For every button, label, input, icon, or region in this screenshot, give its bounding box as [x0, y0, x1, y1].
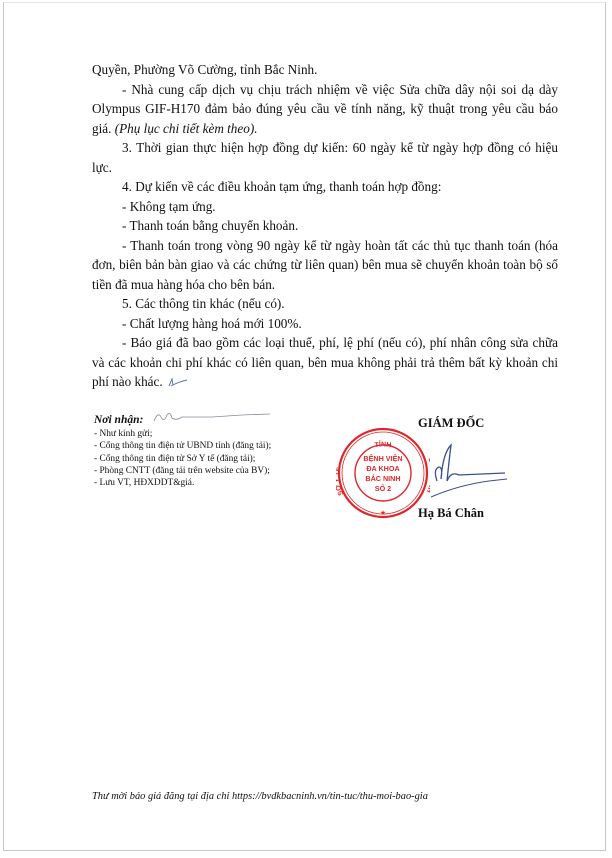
svg-text:SỐ 2: SỐ 2 [375, 483, 391, 493]
item-5-b: - Báo giá đã bao gồm các loại thuế, phí,… [92, 333, 558, 392]
recipient-item: - Cổng thông tin điện tử UBND tỉnh (đăng… [94, 440, 354, 452]
recipient-item: - Lưu VT, HĐXDDT&giá. [94, 477, 354, 489]
svg-text:BẮC NINH: BẮC NINH [365, 474, 400, 483]
recipient-item: - Phòng CNTT (đăng tải trên website của … [94, 465, 354, 477]
svg-text:★: ★ [380, 509, 386, 517]
footer-note: Thư mời báo giá đăng tại địa chỉ https:/… [92, 791, 572, 802]
svg-text:TỈNH: TỈNH [374, 439, 392, 449]
recipient-item: - Cổng thông tin điện tử Sở Y tế (đăng t… [94, 453, 354, 465]
provider-paragraph: - Nhà cung cấp dịch vụ chịu trách nhiệm … [92, 80, 558, 139]
recipients-initial-icon [152, 409, 272, 425]
document-body: Quyền, Phường Võ Cường, tỉnh Bắc Ninh. -… [92, 60, 558, 392]
initial-signature-icon [166, 376, 188, 388]
item-4-a: - Không tạm ứng. [92, 197, 558, 217]
document-page: Quyền, Phường Võ Cường, tỉnh Bắc Ninh. -… [3, 2, 606, 851]
recipient-item: - Như kính gửi; [94, 428, 354, 440]
recipients-block: Nơi nhận: - Như kính gửi; - Cổng thông t… [94, 413, 354, 489]
svg-text:BỆNH VIỆN: BỆNH VIỆN [363, 454, 402, 463]
address-line: Quyền, Phường Võ Cường, tỉnh Bắc Ninh. [92, 60, 558, 80]
item-4-b: - Thanh toán bằng chuyển khoản. [92, 216, 558, 236]
director-name: Hạ Bá Chân [418, 506, 484, 521]
item-5: 5. Các thông tin khác (nếu có). [92, 294, 558, 314]
item-4: 4. Dự kiến về các điều khoản tạm ứng, th… [92, 177, 558, 197]
item-5-a: - Chất lượng hàng hoá mới 100%. [92, 314, 558, 334]
item-3: 3. Thời gian thực hiện hợp đồng dự kiến:… [92, 138, 558, 177]
svg-text:SỞ Y TẾ: SỞ Y TẾ [336, 465, 345, 496]
director-signature-icon [429, 441, 509, 501]
svg-text:ĐA KHOA: ĐA KHOA [366, 464, 399, 473]
item-4-c: - Thanh toán trong vòng 90 ngày kể từ ng… [92, 236, 558, 295]
signature-block: GIÁM ĐỐC TỈNH SỞ Y TẾ BẮC NINH BỆNH VIỆN… [334, 411, 564, 521]
official-stamp-icon: TỈNH SỞ Y TẾ BẮC NINH BỆNH VIỆN ĐA KHOA … [336, 419, 430, 519]
appendix-note: (Phụ lục chi tiết kèm theo). [115, 121, 258, 136]
